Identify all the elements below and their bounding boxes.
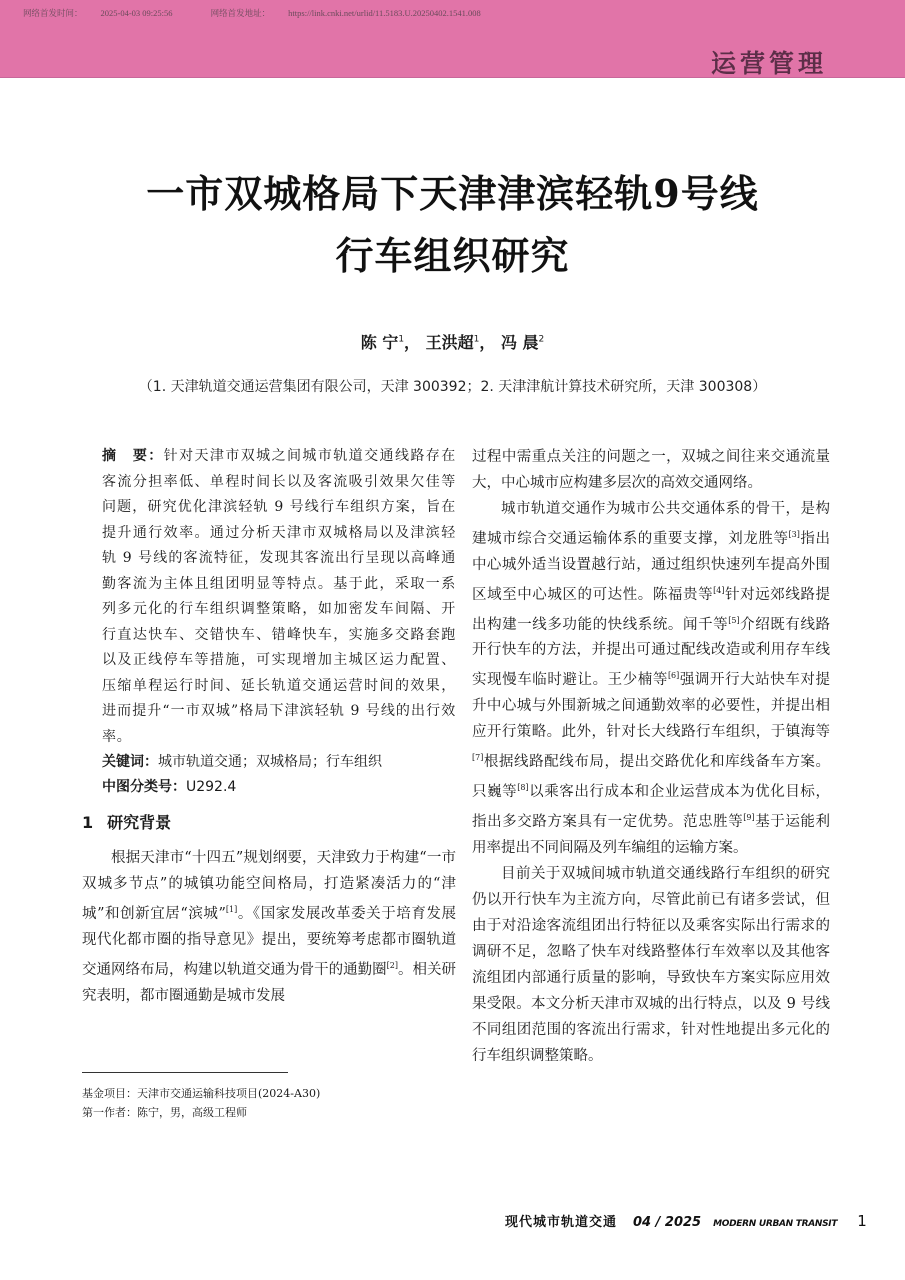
citation-9[interactable]: [9] [743, 813, 754, 822]
online-publish-info: 网络首发时间：2025-04-03 09:25:56 网络首发地址：https:… [23, 7, 517, 19]
affiliation-mark: 2 [539, 335, 545, 345]
author-list: 陈 宁1， 王洪超1， 冯 晨2 [0, 330, 905, 353]
citation-4[interactable]: [4] [713, 586, 724, 595]
keywords-text: 城市轨道交通；双城格局；行车组织 [158, 754, 382, 770]
section-heading: 1研究背景 [82, 810, 456, 833]
section-title: 研究背景 [107, 813, 171, 832]
keywords-label: 关键词： [102, 754, 158, 770]
affiliations: （1. 天津轨道交通运营集团有限公司，天津 300392；2. 天津津航计算技术… [0, 376, 905, 396]
header-band: 网络首发时间：2025-04-03 09:25:56 网络首发地址：https:… [0, 0, 905, 78]
fund-note: 基金项目：天津市交通运输科技项目(2024-A30) [82, 1084, 320, 1103]
online-time: 2025-04-03 09:25:56 [101, 8, 173, 18]
left-column: 摘 要：针对天津市双城之间城市轨道交通线路存在客流分担率低、单程时间长以及客流吸… [102, 444, 456, 1009]
citation-1[interactable]: [1] [226, 905, 237, 914]
abstract-text: 针对天津市双城之间城市轨道交通线路存在客流分担率低、单程时间长以及客流吸引效果欠… [102, 448, 456, 745]
title-line-1: 一市双城格局下天津津滨轻轨9号线 [0, 163, 905, 225]
affiliation-mark: 1 [474, 335, 480, 345]
affiliation-mark: 1 [398, 335, 404, 345]
author: 冯 晨 [501, 333, 539, 352]
body-paragraph: 根据天津市“十四五”规划纲要，天津致力于构建“一市双城多节点”的城镇功能空间格局… [82, 845, 456, 1009]
abstract-label: 摘 要： [102, 448, 164, 464]
journal-name-en: MODERN URBAN TRANSIT [713, 1219, 837, 1229]
title-line-2: 行车组织研究 [0, 225, 905, 287]
right-column: 过程中需重点关注的问题之一，双城之间往来交通流量大，中心城市应构建多层次的高效交… [472, 444, 830, 1069]
article-title: 一市双城格局下天津津滨轻轨9号线 行车组织研究 [0, 163, 905, 287]
page-number: 1 [857, 1212, 867, 1230]
citation-7[interactable]: [7] [472, 753, 483, 762]
clc-label: 中图分类号： [102, 779, 186, 795]
body-paragraph: 目前关于双城间城市轨道交通线路行车组织的研究仍以开行快车为主流方向，尽管此前已有… [472, 861, 830, 1069]
author: 陈 宁 [361, 333, 399, 352]
section-tag: 运营管理 [711, 44, 827, 80]
citation-6[interactable]: [6] [668, 671, 679, 680]
footnote-divider [82, 1072, 288, 1073]
issue-number: 04 / 2025 [633, 1215, 701, 1230]
clc-code: U292.4 [186, 779, 236, 795]
footnotes: 基金项目：天津市交通运输科技项目(2024-A30) 第一作者：陈宁，男，高级工… [82, 1084, 320, 1122]
online-time-label: 网络首发时间： [23, 8, 83, 18]
citation-2[interactable]: [2] [387, 961, 398, 970]
citation-8[interactable]: [8] [517, 783, 528, 792]
abstract: 摘 要：针对天津市双城之间城市轨道交通线路存在客流分担率低、单程时间长以及客流吸… [102, 444, 456, 750]
body-paragraph: 过程中需重点关注的问题之一，双城之间往来交通流量大，中心城市应构建多层次的高效交… [472, 444, 830, 496]
section-number: 1 [82, 813, 93, 832]
journal-name: 现代城市轨道交通 [505, 1211, 617, 1230]
first-author-note: 第一作者：陈宁，男，高级工程师 [82, 1103, 320, 1122]
keywords: 关键词：城市轨道交通；双城格局；行车组织 [102, 750, 456, 775]
page-footer: 现代城市轨道交通 04 / 2025 MODERN URBAN TRANSIT … [505, 1211, 867, 1230]
citation-3[interactable]: [3] [789, 530, 800, 539]
citation-5[interactable]: [5] [728, 616, 739, 625]
online-url-label: 网络首发地址： [211, 8, 271, 18]
online-url[interactable]: https://link.cnki.net/urlid/11.5183.U.20… [288, 8, 481, 18]
body-paragraph: 城市轨道交通作为城市公共交通体系的骨干，是构建城市综合交通运输体系的重要支撑，刘… [472, 496, 830, 861]
classification: 中图分类号：U292.4 [102, 775, 456, 800]
author: 王洪超 [426, 333, 474, 352]
